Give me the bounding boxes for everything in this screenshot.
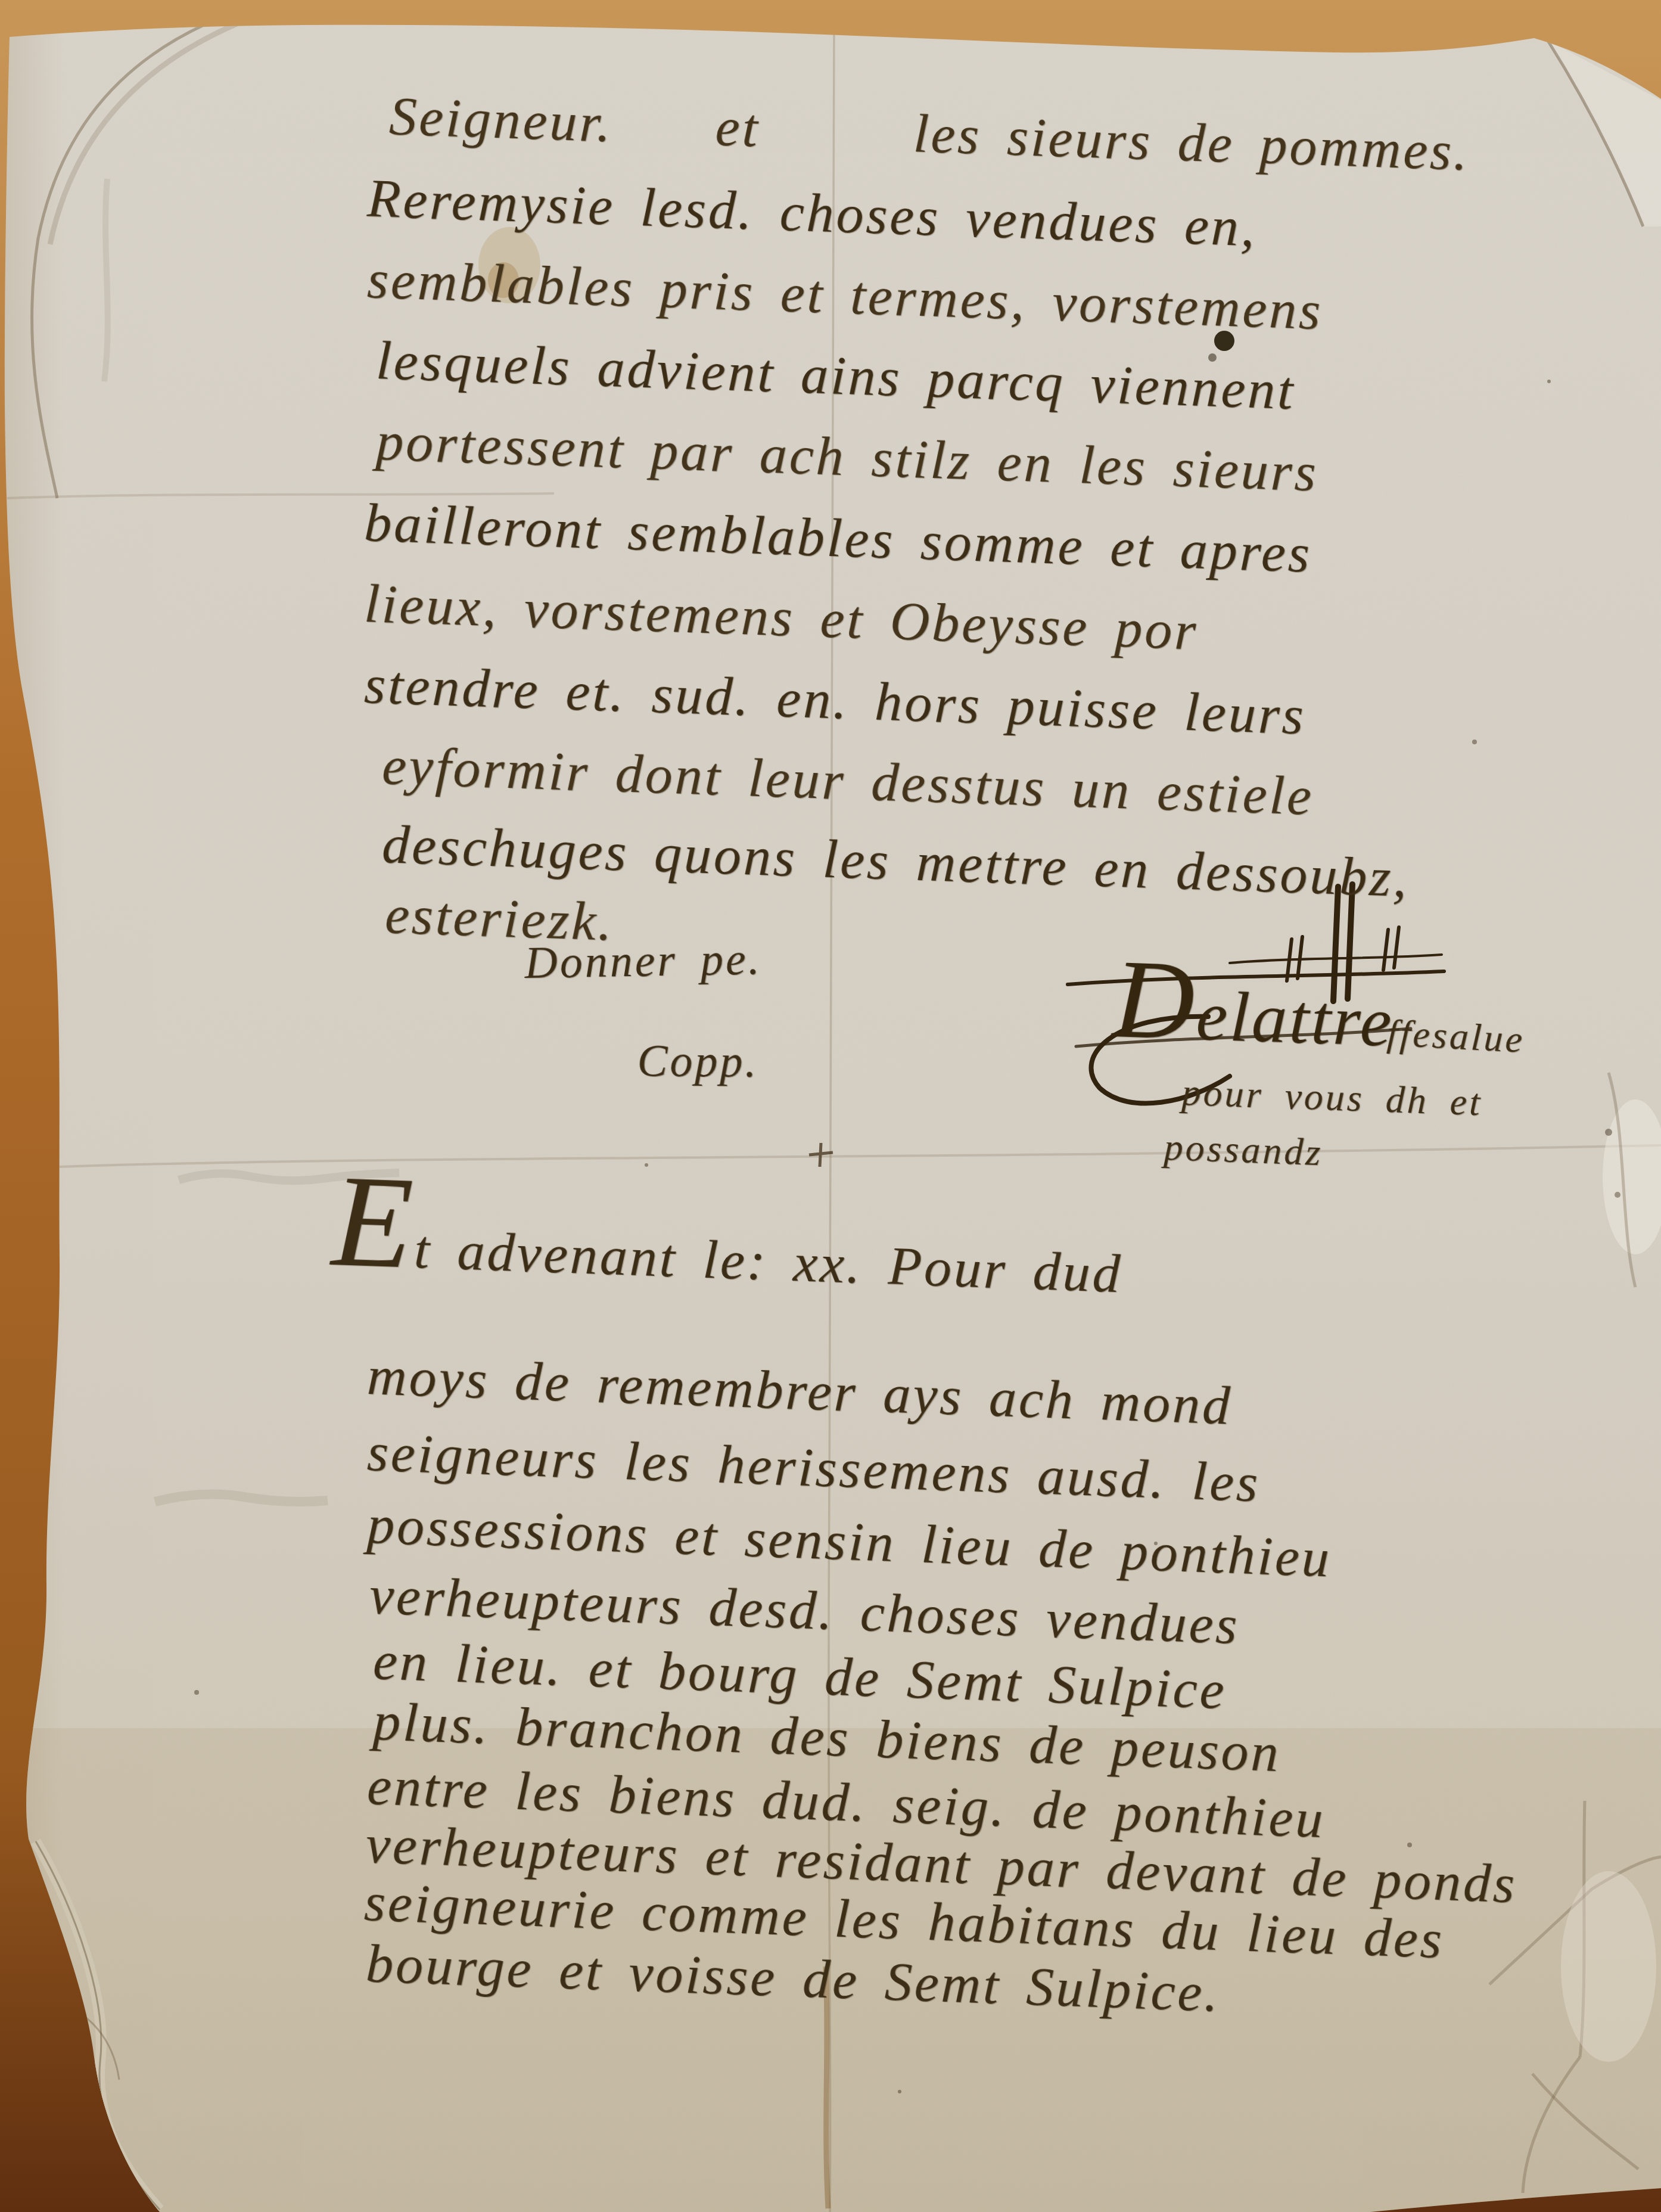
manuscript-photo: Seigneur. et les sieurs de pommes. Rerem… bbox=[0, 0, 1661, 2212]
signature-name: Delattre bbox=[1112, 977, 1395, 1059]
manuscript-line: Reremysie lesd. choses vendues en, bbox=[366, 170, 1258, 256]
manuscript-line: portessent par ach stilz en les sieurs bbox=[375, 414, 1319, 501]
manuscript-line: stendre et. sud. en. hors puisse leurs bbox=[363, 657, 1307, 744]
signature-line2: pour vous dh et bbox=[1181, 1073, 1483, 1122]
manuscript-line: lieux, vorstemens et Obeysse por bbox=[363, 576, 1199, 659]
signature-tail: ffesalue bbox=[1386, 1013, 1526, 1059]
manuscript-line: moys de remembrer ays ach mond bbox=[366, 1348, 1233, 1434]
manuscript-line: Et advenant le: xx. Pour dud bbox=[331, 1219, 1124, 1302]
manuscript-line: Seigneur. et les sieurs de pommes. bbox=[388, 88, 1471, 180]
docket-note-line2: Copp. bbox=[637, 1038, 758, 1085]
signature-line3: possandz bbox=[1164, 1127, 1324, 1172]
manuscript-line: eyformir dont leur desstus un estiele bbox=[381, 738, 1315, 825]
manuscript-line: lesquels advient ains parcq viennent bbox=[375, 333, 1296, 419]
docket-note-line1: Donner pe. bbox=[524, 936, 762, 986]
handwriting-layer: Seigneur. et les sieurs de pommes. Rerem… bbox=[0, 0, 1661, 2212]
manuscript-line: bailleront semblables somme et apres bbox=[363, 495, 1312, 582]
manuscript-line: semblables pris et termes, vorstemens bbox=[366, 251, 1324, 339]
